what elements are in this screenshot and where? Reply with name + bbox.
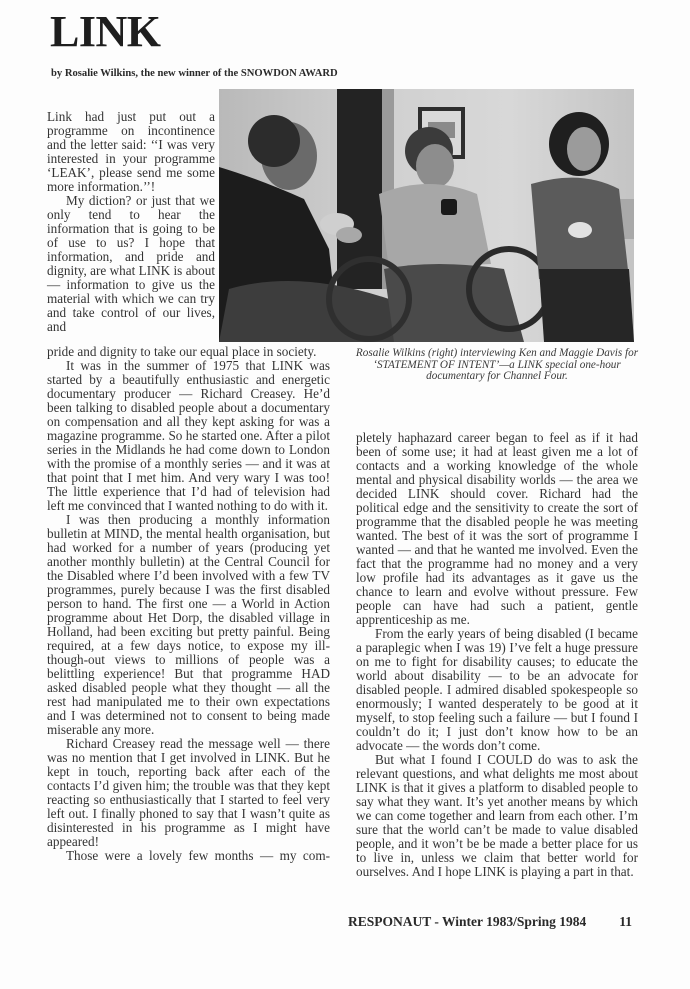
left-column-main: pride and dignity to take our equal plac… bbox=[47, 345, 330, 863]
paragraph: Those were a lovely few months — my com- bbox=[47, 849, 330, 863]
page-number: 11 bbox=[619, 914, 632, 930]
photo-illustration bbox=[219, 89, 634, 342]
paragraph: pride and dignity to take our equal plac… bbox=[47, 345, 330, 359]
paragraph: pletely haphazard career began to feel a… bbox=[356, 431, 638, 627]
right-column: pletely haphazard career began to feel a… bbox=[356, 431, 638, 879]
page-footer: RESPONAUT - Winter 1983/Spring 1984 11 bbox=[348, 914, 638, 930]
paragraph: It was in the summer of 1975 that LINK w… bbox=[47, 359, 330, 513]
paragraph: But what I found I COULD do was to ask t… bbox=[356, 753, 638, 879]
photo-caption: Rosalie Wilkins (right) interviewing Ken… bbox=[352, 348, 642, 383]
publication-info: RESPONAUT - Winter 1983/Spring 1984 bbox=[348, 914, 586, 929]
paragraph: Link had just put out a programme on inc… bbox=[47, 110, 215, 194]
paragraph: Richard Creasey read the message well — … bbox=[47, 737, 330, 849]
paragraph: From the early years of being disabled (… bbox=[356, 627, 638, 753]
article-title: LINK bbox=[50, 10, 160, 54]
paragraph: My diction? or just that we only tend to… bbox=[47, 194, 215, 334]
article-photo bbox=[219, 89, 634, 342]
left-column-top: Link had just put out a programme on inc… bbox=[47, 110, 215, 334]
paragraph: I was then producing a monthly informati… bbox=[47, 513, 330, 737]
byline: by Rosalie Wilkins, the new winner of th… bbox=[51, 68, 338, 79]
